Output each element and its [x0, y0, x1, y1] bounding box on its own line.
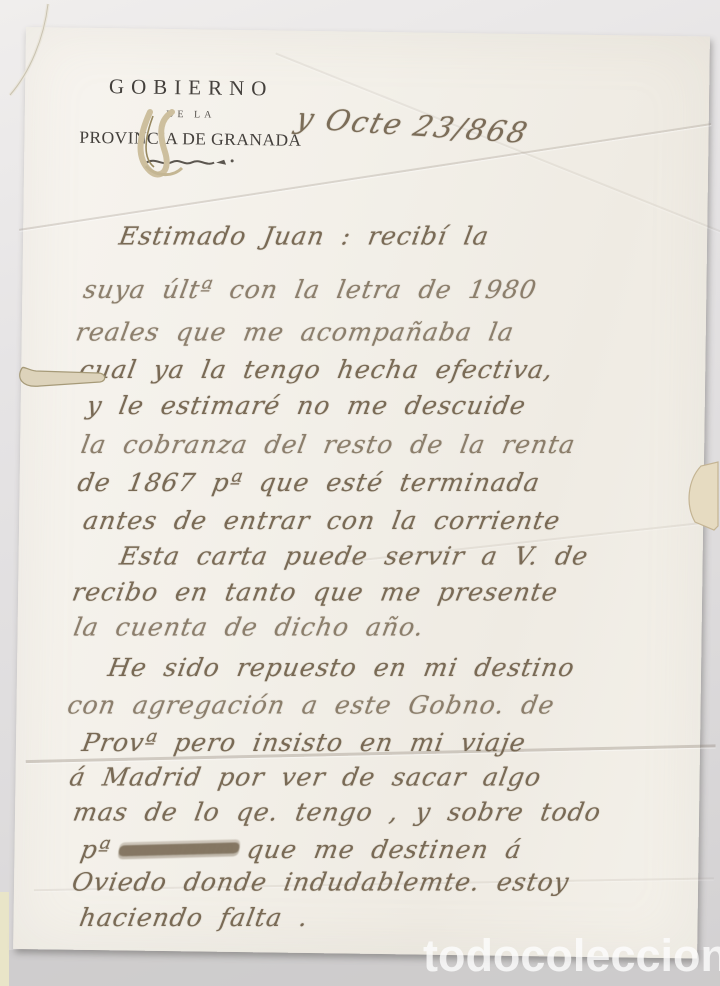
manuscript-line: He sido repuesto en mi destino	[106, 653, 577, 682]
letter-paper: GOBIERNO DE LA PROVINCIA DE GRANADA y Oc…	[13, 27, 710, 958]
ink-scribble-strikethrough: tachado	[118, 842, 240, 856]
manuscript-line: y le estimaré no me descuide	[85, 391, 529, 420]
handwritten-date: y Octe 23/868	[292, 101, 533, 150]
letterhead-subtitle: DE LA	[80, 108, 302, 122]
scanned-letter-photo: GOBIERNO DE LA PROVINCIA DE GRANADA y Oc…	[0, 0, 720, 986]
manuscript-line: pªtachadoque me destinen á	[78, 835, 524, 864]
letterhead-title: GOBIERNO	[80, 74, 302, 102]
manuscript-line: cual ya la tengo hecha efectiva,	[77, 355, 556, 384]
manuscript-line: suya últª con la letra de 1980	[81, 275, 539, 304]
manuscript-line: antes de entrar con la corriente	[81, 506, 563, 535]
manuscript-line: mas de lo qe. tengo , y sobre todo	[71, 798, 604, 827]
manuscript-line: reales que me acompañaba la	[74, 318, 517, 347]
manuscript-word: pª	[78, 835, 113, 864]
manuscript-line: de 1867 pª que esté terminada	[75, 468, 542, 497]
letterhead-region: PROVINCIA DE GRANADA	[76, 128, 305, 151]
manuscript-line: Estimado Juan : recibí la	[117, 221, 492, 250]
manuscript-line: la cobranza del resto de la renta	[79, 430, 578, 459]
manuscript-line: Esta carta puede servir a V. de	[117, 541, 590, 570]
manuscript-line: haciendo falta .	[77, 903, 311, 932]
manuscript-line: á Madrid por ver de sacar algo	[67, 763, 544, 792]
manuscript-word: que me destinen á	[245, 835, 525, 864]
watermark-text: todocoleccion	[423, 930, 720, 982]
letterhead: GOBIERNO DE LA PROVINCIA DE GRANADA	[79, 74, 302, 176]
manuscript-line: Oviedo donde indudablemte. estoy	[70, 868, 572, 897]
manuscript-line: con agregación a este Gobno. de	[65, 691, 557, 720]
manuscript-line: Provª pero insisto en mi viaje	[80, 728, 529, 757]
background-yellow-sliver	[0, 892, 9, 986]
manuscript-line: recibo en tanto que me presente	[70, 578, 561, 607]
flourish-ornament-icon	[79, 154, 301, 176]
manuscript-line: la cuenta de dicho año.	[71, 613, 426, 642]
